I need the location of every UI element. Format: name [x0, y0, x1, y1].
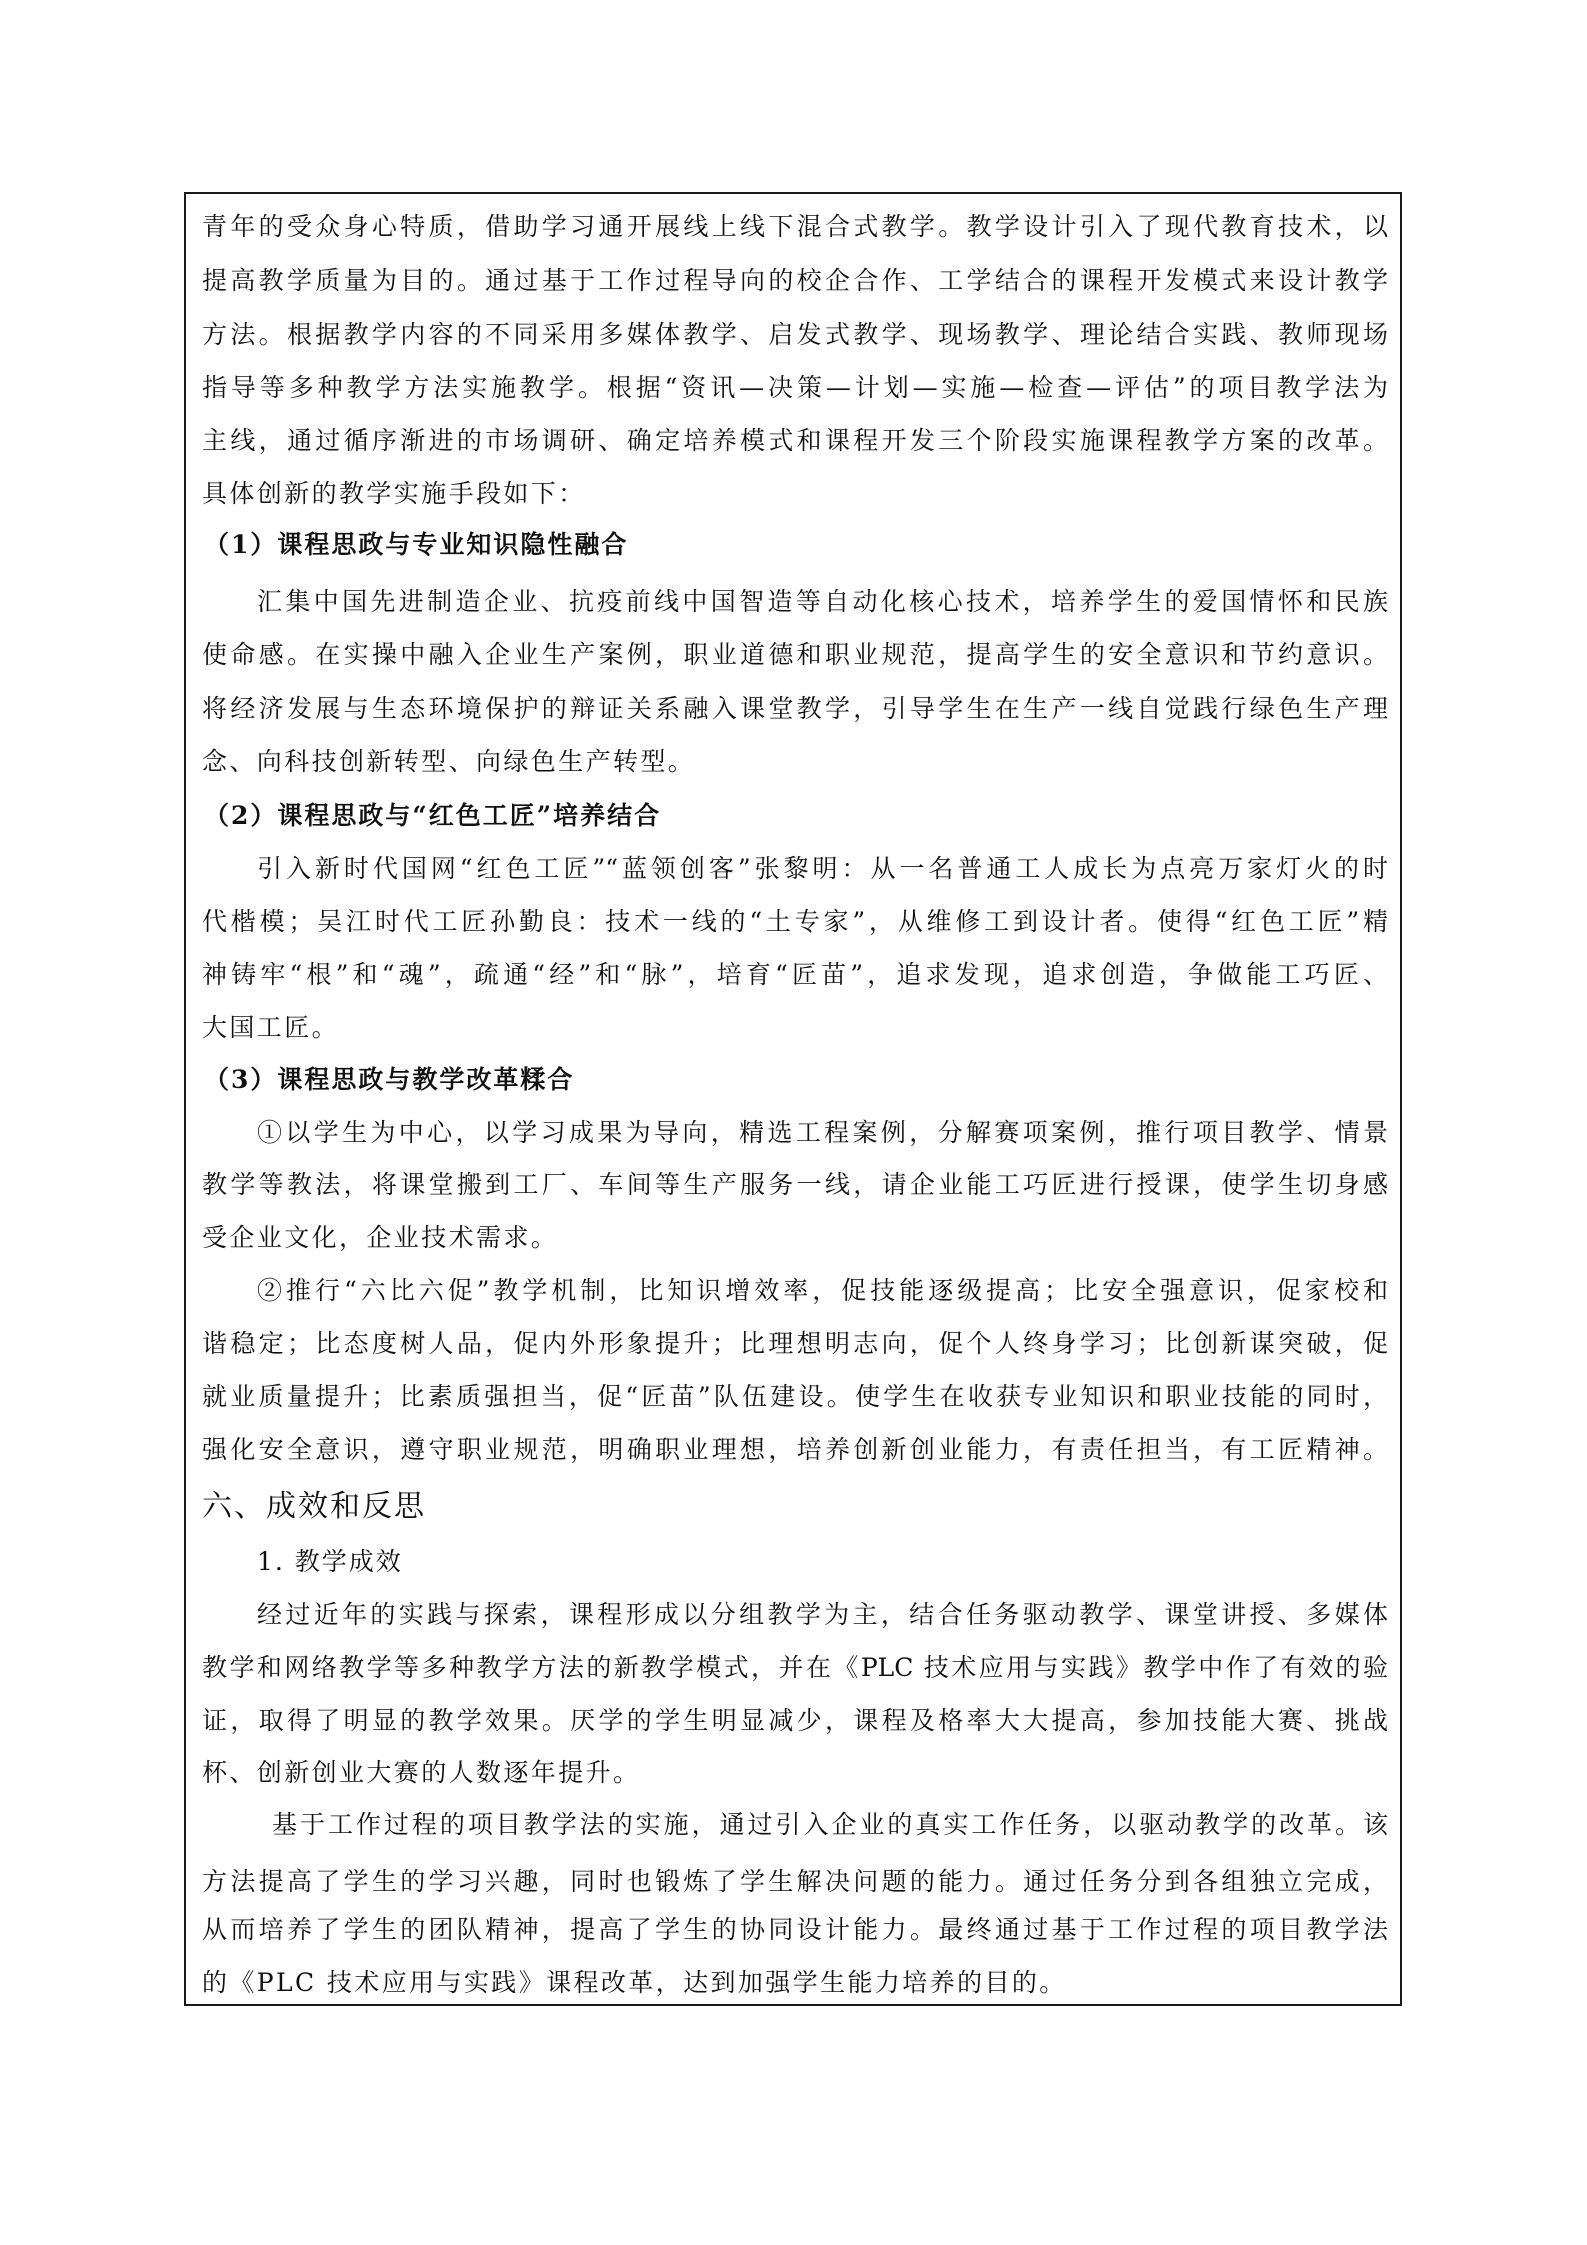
paragraph-line: 的《PLC 技术应用与实践》课程改革，达到加强学生能力培养的目的。 [202, 1963, 1388, 2003]
paragraph-line: 经过近年的实践与探索，课程形成以分组教学为主，结合任务驱动教学、课堂讲授、多媒体 [257, 1595, 1388, 1635]
paragraph-line: 教学和网络教学等多种教学方法的新教学模式，并在《PLC 技术应用与实践》教学中作… [202, 1648, 1388, 1688]
subheading-3: （3）课程思政与教学改革糅合 [204, 1060, 1390, 1100]
paragraph-line: 方法提高了学生的学习兴趣，同时也锻炼了学生解决问题的能力。通过任务分到各组独立完… [202, 1862, 1388, 1902]
paragraph-line: 汇集中国先进制造企业、抗疫前线中国智造等自动化核心技术，培养学生的爱国情怀和民族 [257, 582, 1388, 622]
paragraph-line: 基于工作过程的项目教学法的实施，通过引入企业的真实工作任务，以驱动教学的改革。该 [272, 1805, 1388, 1845]
paragraph-line: 证，取得了明显的教学效果。厌学的学生明显减少，课程及格率大大提高，参加技能大赛、… [202, 1701, 1388, 1741]
paragraph-line: 指导等多种教学方法实施教学。根据“资讯—决策—计划—实施—检查—评估”的项目教学… [202, 368, 1388, 408]
subheading-1: （1）课程思政与专业知识隐性融合 [204, 525, 1390, 565]
paragraph-line: 从而培养了学生的团队精神，提高了学生的协同设计能力。最终通过基于工作过程的项目教… [202, 1910, 1388, 1950]
paragraph-line: 受企业文化，企业技术需求。 [202, 1218, 1388, 1258]
paragraph-line: 代楷模；吴江时代工匠孙勤良：技术一线的“土专家”，从维修工到设计者。使得“红色工… [202, 902, 1388, 942]
paragraph-line: 引入新时代国网“红色工匠”“蓝领创客”张黎明：从一名普通工人成长为点亮万家灯火的… [257, 849, 1388, 889]
paragraph-line: 谐稳定；比态度树人品，促内外形象提升；比理想明志向，促个人终身学习；比创新谋突破… [202, 1324, 1388, 1364]
paragraph-line: 使命感。在实操中融入企业生产案例，职业道德和职业规范，提高学生的安全意识和节约意… [202, 635, 1388, 675]
paragraph-line: 提高教学质量为目的。通过基于工作过程导向的校企合作、工学结合的课程开发模式来设计… [202, 261, 1388, 301]
paragraph-line: 具体创新的教学实施手段如下： [202, 474, 1388, 514]
paragraph-line: 青年的受众身心特质，借助学习通开展线上线下混合式教学。教学设计引入了现代教育技术… [202, 207, 1388, 247]
paragraph-line: 主线，通过循序渐进的市场调研、确定培养模式和课程开发三个阶段实施课程教学方案的改… [202, 421, 1388, 461]
numbered-heading: 1. 教学成效 [257, 1542, 1443, 1582]
paragraph-line: 就业质量提升；比素质强担当，促“匠苗”队伍建设。使学生在收获专业知识和职业技能的… [202, 1377, 1388, 1417]
paragraph-line: 大国工匠。 [202, 1008, 1388, 1048]
section-heading: 六、成效和反思 [202, 1487, 1388, 1527]
paragraph-line: 杯、创新创业大赛的人数逐年提升。 [202, 1753, 1388, 1793]
paragraph-line: 方法。根据教学内容的不同采用多媒体教学、启发式教学、现场教学、理论结合实践、教师… [202, 315, 1388, 355]
paragraph-line: 教学等教法，将课堂搬到工厂、车间等生产服务一线，请企业能工巧匠进行授课，使学生切… [202, 1165, 1388, 1205]
paragraph-line: 强化安全意识，遵守职业规范，明确职业理想，培养创新创业能力，有责任担当，有工匠精… [202, 1430, 1388, 1470]
paragraph-line: ②推行“六比六促”教学机制，比知识增效率，促技能逐级提高；比安全强意识，促家校和 [257, 1271, 1388, 1311]
paragraph-line: 神铸牢“根”和“魂”，疏通“经”和“脉”，培育“匠苗”，追求发现，追求创造，争做… [202, 955, 1388, 995]
subheading-2: （2）课程思政与“红色工匠”培养结合 [204, 796, 1390, 836]
paragraph-line: 念、向科技创新转型、向绿色生产转型。 [202, 742, 1388, 782]
paragraph-line: 将经济发展与生态环境保护的辩证关系融入课堂教学，引导学生在生产一线自觉践行绿色生… [202, 689, 1388, 729]
paragraph-line: ①以学生为中心，以学习成果为导向，精选工程案例，分解赛项案例，推行项目教学、情景 [257, 1113, 1388, 1153]
